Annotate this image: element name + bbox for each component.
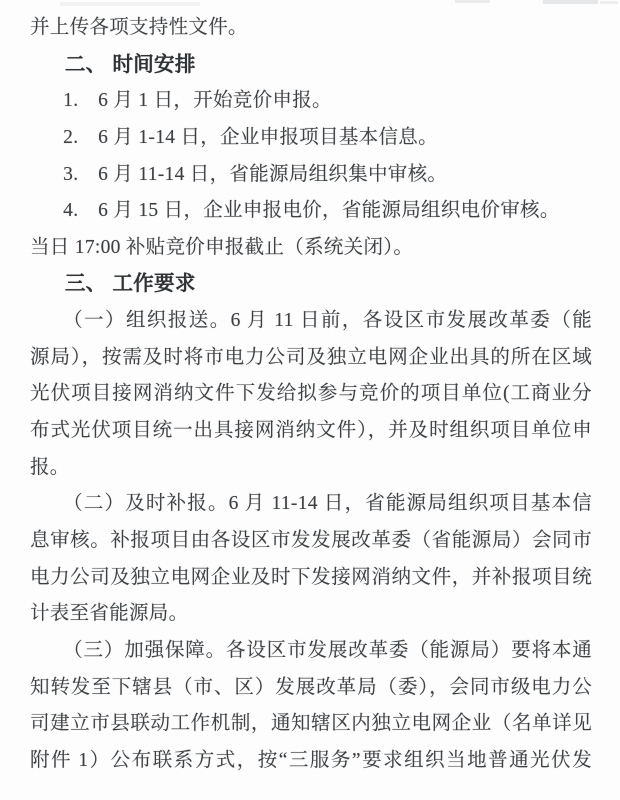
scan-artifact [543,0,598,4]
para-deadline-note: 当日 17:00 补贴竞价申报截止（系统关闭）。 [30,230,592,267]
para-strengthen-support-line4: 附件 1）公布联系方式，按“三服务”要求组织当地普通光伏发 [30,743,592,780]
list-item-2-project-info: 2. 6 月 1-14 日，企业申报项目基本信息。 [30,120,592,157]
heading-work-requirements: 三、 工作要求 [30,266,592,303]
scan-artifact [600,1,618,4]
para-timely-supplement-line1: （二）及时补报。6 月 11-14 日，省能源局组织项目基本信 [30,486,592,523]
para-strengthen-support-line3: 司建立市县联动工作机制，通知辖区内独立电网企业（名单详见 [30,706,592,743]
scan-artifact [455,0,490,3]
para-org-submission-line3: 光伏项目接网消纳文件下发给拟参与竞价的项目单位(工商业分 [30,376,592,413]
list-item-3-central-review: 3. 6 月 11-14 日，省能源局组织集中审核。 [30,157,592,194]
heading-time-schedule: 二、 时间安排 [30,47,592,84]
list-item-4-price-review: 4. 6 月 15 日，企业申报电价，省能源局组织电价审核。 [30,193,592,230]
para-timely-supplement-line2: 息审核。补报项目由各设区市发发展改革委（省能源局）会同市 [30,523,592,560]
para-org-submission-line1: （一）组织报送。6 月 11 日前，各设区市发展改革委（能 [30,303,592,340]
para-org-submission-line2: 源局），按需及时将市电力公司及独立电网企业出具的所在区域 [30,340,592,377]
para-upload-support-files: 并上传各项支持性文件。 [30,10,592,47]
para-strengthen-support-line1: （三）加强保障。各设区市发展改革委（能源局）要将本通 [30,633,592,670]
para-timely-supplement-line4: 计表至省能源局。 [30,596,592,633]
para-timely-supplement-line3: 电力公司及独立电网企业及时下发接网消纳文件，并补报项目统 [30,560,592,597]
document-page: 并上传各项支持性文件。 二、 时间安排 1. 6 月 1 日，开始竞价申报。 2… [0,0,620,800]
scan-artifact [60,2,200,6]
list-item-1-start-bidding: 1. 6 月 1 日，开始竞价申报。 [30,83,592,120]
para-org-submission-line5: 报。 [30,450,592,487]
para-org-submission-line4: 布式光伏项目统一出具接网消纳文件），并及时组织项目单位申 [30,413,592,450]
para-strengthen-support-line2: 知转发至下辖县（市、区）发展改革局（委），会同市级电力公 [30,670,592,707]
